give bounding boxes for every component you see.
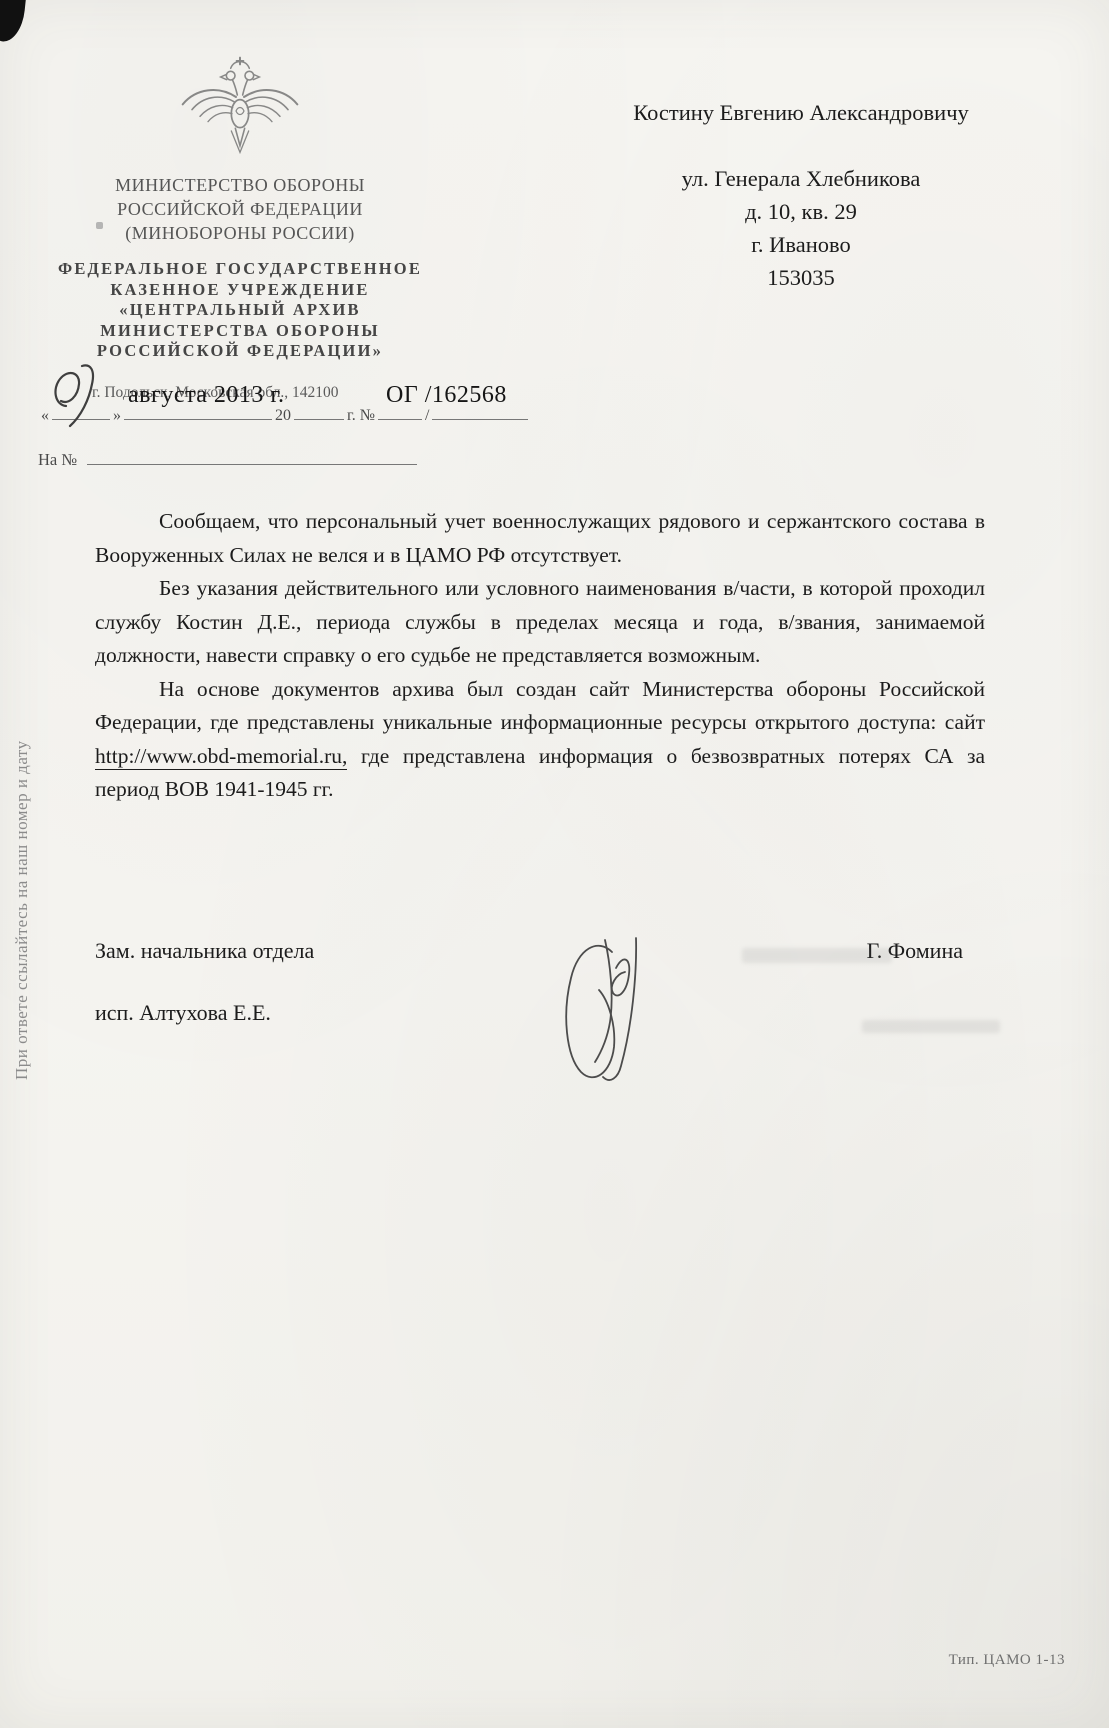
recipient-address: ул. Генерала Хлебникова д. 10, кв. 29 г.… bbox=[595, 162, 1007, 294]
print-shop-stamp: Тип. ЦАМО 1-13 bbox=[949, 1652, 1065, 1669]
org-line: РОССИЙСКОЙ ФЕДЕРАЦИИ» bbox=[30, 341, 450, 362]
close-quote: » bbox=[110, 407, 124, 424]
ministry-line: (МИНОБОРОНЫ РОССИИ) bbox=[30, 221, 450, 245]
paragraph-3-text: На основе документов архива был создан с… bbox=[95, 677, 985, 735]
reply-reference-label: На № bbox=[38, 450, 77, 469]
paragraph-3: На основе документов архива был создан с… bbox=[95, 673, 985, 807]
year-blank bbox=[294, 404, 344, 420]
signer-position: Зам. начальника отдела bbox=[95, 938, 314, 964]
org-line: ФЕДЕРАЛЬНОЕ ГОСУДАРСТВЕННОЕ bbox=[30, 259, 450, 280]
recipient-block: Костину Евгению Александровичу ул. Генер… bbox=[595, 100, 1007, 294]
letterhead-left-column: МИНИСТЕРСТВО ОБОРОНЫ РОССИЙСКОЙ ФЕДЕРАЦИ… bbox=[30, 55, 450, 470]
paragraph-2: Без указания действительного или условно… bbox=[95, 572, 985, 673]
recipient-postcode: 153035 bbox=[595, 261, 1007, 294]
recipient-building: д. 10, кв. 29 bbox=[595, 195, 1007, 228]
recipient-city: г. Иваново bbox=[595, 228, 1007, 261]
executor-line: исп. Алтухова Е.Е. bbox=[95, 1000, 271, 1026]
reference-form-line: «»20г. №/ августа 2013 г. ОГ /162568 bbox=[30, 404, 450, 425]
scan-corner-artifact bbox=[0, 0, 27, 43]
paragraph-1: Сообщаем, что персональный учет военносл… bbox=[95, 505, 985, 572]
year-prefix: 20 bbox=[272, 407, 294, 424]
reply-reference-blank bbox=[87, 449, 417, 465]
ministry-eagle-emblem-icon bbox=[165, 55, 315, 155]
side-note-vertical-text: При ответе ссылайтесь на наш номер и дат… bbox=[12, 618, 32, 1080]
letter-body: Сообщаем, что персональный учет военносл… bbox=[95, 505, 985, 807]
ink-bleed-artifact bbox=[862, 1020, 1000, 1033]
typed-date: августа 2013 г. bbox=[128, 382, 285, 409]
reply-reference-line: На № bbox=[30, 449, 450, 470]
slash: / bbox=[422, 407, 432, 424]
obd-memorial-url: http://www.obd-memorial.ru, bbox=[95, 744, 347, 770]
recipient-street: ул. Генерала Хлебникова bbox=[595, 162, 1007, 195]
archive-org-name-block: ФЕДЕРАЛЬНОЕ ГОСУДАРСТВЕННОЕ КАЗЕННОЕ УЧР… bbox=[30, 259, 450, 362]
recipient-name: Костину Евгению Александровичу bbox=[595, 100, 1007, 126]
ministry-name-block: МИНИСТЕРСТВО ОБОРОНЫ РОССИЙСКОЙ ФЕДЕРАЦИ… bbox=[30, 173, 450, 245]
org-line: МИНИСТЕРСТВА ОБОРОНЫ bbox=[30, 321, 450, 342]
org-line: КАЗЕННОЕ УЧРЕЖДЕНИЕ bbox=[30, 280, 450, 301]
ministry-line: РОССИЙСКОЙ ФЕДЕРАЦИИ bbox=[30, 197, 450, 221]
scanned-letter-page: При ответе ссылайтесь на наш номер и дат… bbox=[0, 0, 1109, 1728]
ink-bleed-artifact bbox=[742, 948, 892, 963]
typed-reference-number: ОГ /162568 bbox=[386, 382, 507, 409]
ministry-line: МИНИСТЕРСТВО ОБОРОНЫ bbox=[30, 173, 450, 197]
org-line: «ЦЕНТРАЛЬНЫЙ АРХИВ bbox=[30, 300, 450, 321]
handwritten-signature-icon bbox=[548, 930, 668, 1095]
handwritten-day-mark bbox=[46, 360, 102, 430]
number-label: г. № bbox=[344, 407, 378, 424]
